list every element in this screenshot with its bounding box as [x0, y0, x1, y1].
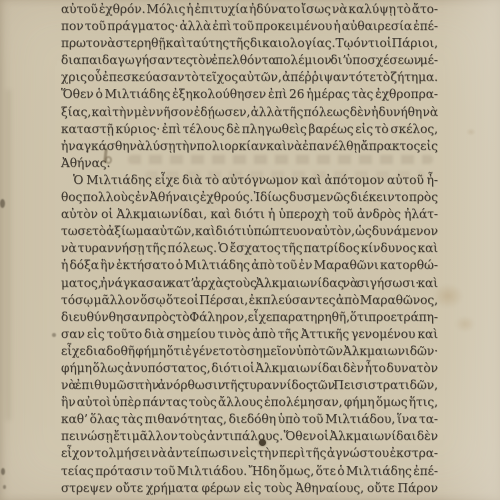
text-line: διευθύνθησαν πρὸς τὸ Φάληρον, εἶχε παρατ…	[61, 309, 438, 326]
text-line: θος πολλοὺς ἐν Ἀθήναις ἐχθρούς. Ἰδίως δυ…	[61, 189, 438, 206]
text-line: πον τοῦ πράγματος· ἀλλὰ ἐπὶ τοῦ προκειμέ…	[61, 18, 438, 35]
edge-speck	[3, 485, 6, 489]
text-line: αὐτοῦ ἐχθρόν. Μόλις ἡ ἐπιτυχία ἠδύνατο ἴ…	[61, 1, 438, 18]
text-line: χρις οὗ ἐπεσκεύασαν τὸ τεῖχος αὐτῶν, ἀπέ…	[61, 69, 438, 86]
paragraph-end-line: Ἀθήνας.	[61, 155, 438, 172]
text-line: πρωτο νὰ στερηθῇ καὶ ταύτης τῆς δικαιολο…	[61, 35, 438, 52]
text-line-text: τόσῳ μᾶλλον ὅσῳ ὅτε οἱ Πέρσαι, ἐκπλεύσαν…	[61, 293, 438, 307]
text-line: τείας πρότασιν τοῦ Μιλτιάδου. Ἤδη ὅμως, …	[61, 463, 438, 480]
text-line: καταστῇ κύριος· ἐπὶ τέλους δὲ πληγωθεὶς …	[61, 121, 438, 138]
text-line-text: πεινώσῃ ἔτι μᾶλλον τοὺς ἀντιπάλους. Ὅθεν…	[61, 429, 438, 443]
text-line: πεινώσῃ ἔτι μᾶλλον τοὺς ἀντιπάλους. Ὅθεν…	[61, 428, 438, 445]
text-line-text: Ὁ Μιλτιάδης εἶχε διὰ τὸ αὐτόγνωμον καὶ ἀ…	[73, 173, 438, 187]
text-line-text: ξίας, καὶ τὴν μὲν νῆσον ἐδῄωσεν, ἀλλὰ τῆ…	[61, 105, 438, 119]
book-page-scan: αὐτοῦ ἐχθρόν. Μόλις ἡ ἐπιτυχία ἠδύνατο ἴ…	[0, 0, 500, 500]
text-line-text: αὐτὸν οἱ Ἀλκμαιωνίδαι, καὶ διότι ἡ ὑπερο…	[61, 207, 438, 221]
text-line-text: ματος, ἠνάγκασαν κατ’ ἀρχὰς τοὺς Ἀλκμαιω…	[61, 276, 438, 290]
text-line-text: διευθύνθησαν πρὸς τὸ Φάληρον, εἶχε παρατ…	[61, 310, 438, 324]
text-line-text: καθ’ ὅλας τὰς πιθανότητας, διεδόθη ὑπὸ τ…	[61, 412, 438, 426]
text-line-text: τωσε τὸ ἀξίωμα αὐτῶν, καὶ διότι ὑπώπτευο…	[61, 224, 438, 238]
paper-stain	[466, 128, 476, 136]
text-line: ἣν αὐτοὶ ὑπὲρ πάντας τοὺς ἄλλους ἐπολέμη…	[61, 394, 438, 411]
text-line-text: θος πολλοὺς ἐν Ἀθήναις ἐχθρούς. Ἰδίως δυ…	[61, 190, 438, 204]
text-line-text: νὰ τυραννήσῃ τῆς πόλεως. Ὁ ἔσχατος τῆς π…	[61, 241, 438, 255]
paper-stain	[455, 316, 475, 332]
text-line: ἠναγκάσθη νὰ λύσῃ τὴν πολιορκίαν καὶ νὰ …	[61, 138, 438, 155]
text-line-text: ἠναγκάσθη νὰ λύσῃ τὴν πολιορκίαν καὶ νὰ …	[61, 139, 438, 153]
ink-blot	[259, 439, 266, 446]
text-line-text: ἣν αὐτοὶ ὑπὲρ πάντας τοὺς ἄλλους ἐπολέμη…	[61, 395, 438, 409]
text-line: τωσε τὸ ἀξίωμα αὐτῶν, καὶ διότι ὑπώπτευο…	[61, 223, 438, 240]
text-line: σαν εἰς τοῦτο διὰ σημείου τινὸς ἀπὸ τῆς …	[61, 326, 438, 343]
text-line-text: τείας πρότασιν τοῦ Μιλτιάδου. Ἤδη ὅμως, …	[61, 464, 438, 478]
text-line: φήμη ὅλως ἀνυπόστατος, διότι οἱ Ἀλκμαιων…	[61, 360, 438, 377]
text-line-text: πον τοῦ πράγματος· ἀλλὰ ἐπὶ τοῦ προκειμέ…	[61, 19, 438, 33]
text-line: νὰ τυραννήσῃ τῆς πόλεως. Ὁ ἔσχατος τῆς π…	[61, 240, 438, 257]
text-line: στρεψεν οὔτε χρήματα φέρων εἰς τοὺς Ἀθην…	[61, 480, 438, 497]
text-line-text: χρις οὗ ἐπεσκεύασαν τὸ τεῖχος αὐτῶν, ἀπέ…	[61, 70, 438, 84]
text-line: εἶχον τολμήσει νὰ ἀντείπωσιν εἰς τὴν περ…	[61, 445, 438, 462]
text-line-text: αὐτοῦ ἐχθρόν. Μόλις ἡ ἐπιτυχία ἠδύνατο ἴ…	[61, 2, 438, 16]
text-line-text: στρεψεν οὔτε χρήματα φέρων εἰς τοὺς Ἀθην…	[61, 481, 438, 495]
text-line-text: φήμη ὅλως ἀνυπόστατος, διότι οἱ Ἀλκμαιων…	[61, 361, 438, 375]
text-line: νὰ ἐπιθυμῶσι τὴν ἀνόρθωσιν τῆς τυραννίδο…	[61, 377, 438, 394]
text-line: τόσῳ μᾶλλον ὅσῳ ὅτε οἱ Πέρσαι, ἐκπλεύσαν…	[61, 292, 438, 309]
text-line: ξίας, καὶ τὴν μὲν νῆσον ἐδῄωσεν, ἀλλὰ τῆ…	[61, 104, 438, 121]
text-line-text: σαν εἰς τοῦτο διὰ σημείου τινὸς ἀπὸ τῆς …	[61, 327, 438, 341]
edge-speck	[1, 468, 5, 475]
text-line-text: διαπαιδαγωγήσαντες τὸν ἐπελθόντα πολέμιο…	[61, 53, 438, 67]
page-edge-highlight	[442, 0, 500, 500]
text-line-text: εἶχον τολμήσει νὰ ἀντείπωσιν εἰς τὴν περ…	[61, 446, 438, 460]
text-line-text: ἡ δόξα ἣν ἐκτήσατο ὁ Μιλτιάδης ἀπὸ τοῦ ἐ…	[61, 258, 438, 272]
text-line-text: καταστῇ κύριος· ἐπὶ τέλους δὲ πληγωθεὶς …	[61, 122, 438, 136]
text-line: καθ’ ὅλας τὰς πιθανότητας, διεδόθη ὑπὸ τ…	[61, 411, 438, 428]
paper-fold-shadow	[6, 90, 11, 420]
stray-ink-mark	[104, 148, 113, 164]
text-line: αὐτὸν οἱ Ἀλκμαιωνίδαι, καὶ διότι ἡ ὑπερο…	[61, 206, 438, 223]
text-line: εἶχε διαδοθῆ φήμη ὅτι ἐγένετο τὸ σημεῖον…	[61, 343, 438, 360]
text-line-text: πρωτο νὰ στερηθῇ καὶ ταύτης τῆς δικαιολο…	[61, 36, 438, 50]
text-line-text: εἶχε διαδοθῆ φήμη ὅτι ἐγένετο τὸ σημεῖον…	[61, 344, 438, 358]
body-text-block: αὐτοῦ ἐχθρόν. Μόλις ἡ ἐπιτυχία ἠδύνατο ἴ…	[61, 1, 438, 497]
paragraph-start-line: Ὁ Μιλτιάδης εἶχε διὰ τὸ αὐτόγνωμον καὶ ἀ…	[61, 172, 438, 189]
text-line-text: νὰ ἐπιθυμῶσι τὴν ἀνόρθωσιν τῆς τυραννίδο…	[61, 378, 438, 392]
text-line-text: Ὅθεν ὁ Μιλτιάδης ἐξηκολούθησεν ἐπὶ 26 ἡμ…	[61, 87, 438, 101]
text-line: Ὅθεν ὁ Μιλτιάδης ἐξηκολούθησεν ἐπὶ 26 ἡμ…	[61, 86, 438, 103]
text-line: ματος, ἠνάγκασαν κατ’ ἀρχὰς τοὺς Ἀλκμαιω…	[61, 275, 438, 292]
text-line: διαπαιδαγωγήσαντες τὸν ἐπελθόντα πολέμιο…	[61, 52, 438, 69]
text-line: ἡ δόξα ἣν ἐκτήσατο ὁ Μιλτιάδης ἀπὸ τοῦ ἐ…	[61, 257, 438, 274]
margin-dot	[52, 333, 56, 337]
edge-speck	[0, 199, 5, 208]
